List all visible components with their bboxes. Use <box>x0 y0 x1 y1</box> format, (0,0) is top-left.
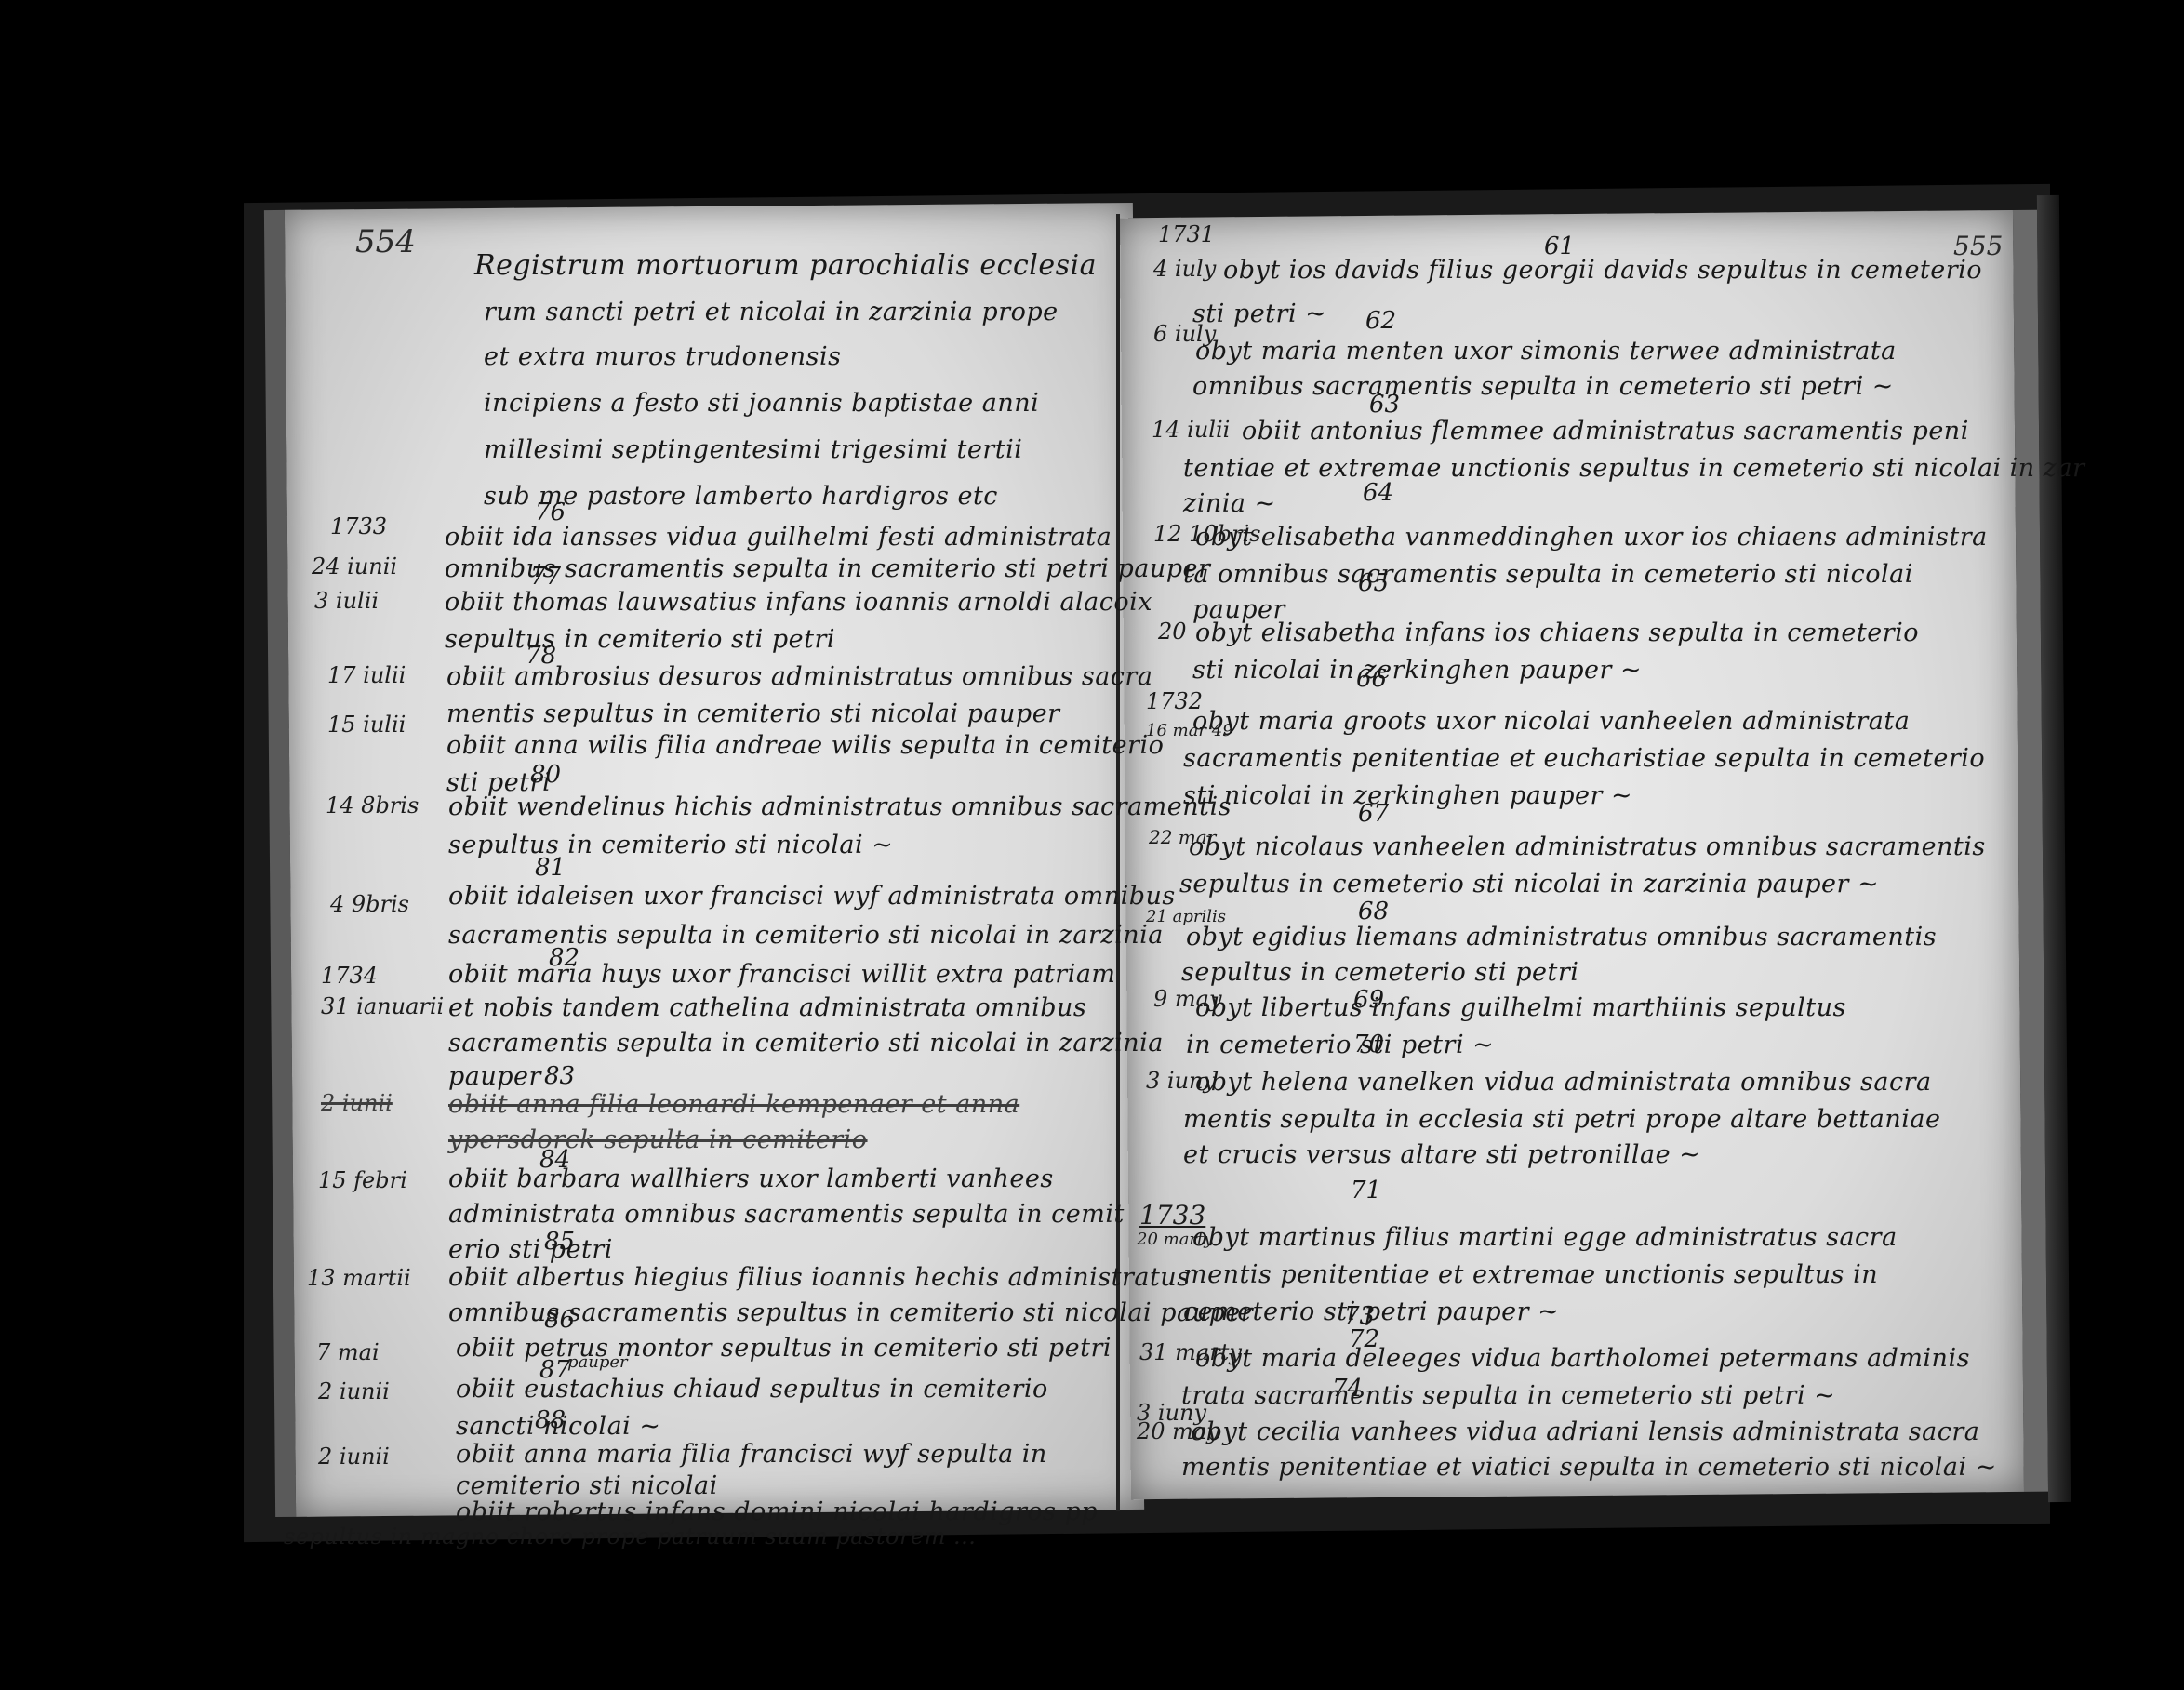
entry-date: 24 iunii <box>312 553 397 579</box>
entry-line: cemiterio sti nicolai <box>456 1471 718 1500</box>
entry-line: obyt cecilia vanhees vidua adriani lensi… <box>1191 1417 1979 1446</box>
entry-number: 64 <box>1363 479 1393 507</box>
entry-number: 68 <box>1358 898 1389 925</box>
entry-line: obyt helena vanelken vidua administrata … <box>1195 1068 1932 1097</box>
entry-date: 15 febri <box>318 1167 407 1193</box>
entry-line: et crucis versus altare sti petronillae … <box>1183 1140 1700 1169</box>
entry-line: et nobis tandem cathelina administrata o… <box>448 993 1086 1022</box>
entry-date: 17 iulii <box>327 662 406 688</box>
entry-line: sepultus in cemiterio sti petri <box>445 625 835 654</box>
entry-year: 1733 <box>330 513 387 539</box>
entry-date: 7 mai <box>316 1339 380 1365</box>
entry-date: 3 iuny <box>1137 1400 1206 1426</box>
entry-line: obiit ambrosius desuros administratus om… <box>446 662 1152 691</box>
entry-number: 80 <box>530 761 561 789</box>
entry-number: 70 <box>1353 1031 1384 1058</box>
entry-line: ta omnibus sacramentis sepulta in cemete… <box>1183 560 1913 589</box>
entry-date: 14 iulii <box>1152 417 1230 443</box>
entry-line-struck: ypersdorck sepulta in cemiterio <box>448 1125 868 1154</box>
entry-note: pauper <box>567 1352 628 1372</box>
entry-line: administrata omnibus sacramentis sepulta… <box>448 1200 1125 1229</box>
entry-line: obiit anna maria filia francisci wyf sep… <box>456 1440 1047 1469</box>
entry-date: 4 iuly <box>1153 256 1216 282</box>
entry-line: obiit maria huys uxor francisci willit e… <box>448 960 1116 989</box>
entry-line: obyt maria groots uxor nicolai vanheelen… <box>1192 707 1910 736</box>
entry-number: 74 <box>1332 1375 1363 1403</box>
entry-date: 31 ianuarii <box>321 993 444 1019</box>
entry-line: omnibus sacramentis sepulta in cemeterio… <box>1192 372 1894 401</box>
entry-line: sepultus in cemiterio sti nicolai ~ <box>448 831 893 859</box>
entry-number: 65 <box>1358 569 1389 597</box>
entry-line: obiit antonius flemmee administratus sac… <box>1242 417 1969 446</box>
entry-line: obyt martinus filius martini egge admini… <box>1192 1223 1898 1252</box>
entry-line: obiit ida iansses vidua guilhelmi festi … <box>445 523 1112 552</box>
entry-date: 3 iulii <box>314 588 379 614</box>
entry-line: obyt elisabetha vanmeddinghen uxor ios c… <box>1195 523 1988 552</box>
entry-line: obiit barbara wallhiers uxor lamberti va… <box>448 1164 1054 1193</box>
entry-line: obyt libertus infans guilhelmi marthiini… <box>1195 993 1846 1022</box>
entry-line: sepultus in cemeterio sti nicolai in zar… <box>1179 870 1879 898</box>
entry-line: obyt ios davids filius georgii davids se… <box>1223 256 1982 285</box>
entry-year: 1731 <box>1158 221 1215 247</box>
entry-line: erio sti petri <box>448 1235 613 1264</box>
heading-line: incipiens a festo sti joannis baptistae … <box>484 389 1039 418</box>
entry-number: 85 <box>544 1228 575 1256</box>
entry-line: sacramentis sepulta in cemiterio sti nic… <box>448 1029 1164 1058</box>
heading-line: Registrum mortuorum parochialis ecclesia <box>474 249 1097 282</box>
entry-line: obiit thomas lauwsatius infans ioannis a… <box>445 588 1152 617</box>
entry-line: obiit eustachius chiaud sepultus in cemi… <box>456 1375 1048 1404</box>
entry-number: 83 <box>544 1062 575 1090</box>
entry-number: 62 <box>1365 307 1396 335</box>
entry-line: obiit anna wilis filia andreae wilis sep… <box>446 731 1164 760</box>
heading-line: et extra muros trudonensis <box>484 342 841 371</box>
entry-line: sacramentis penitentiae et eucharistiae … <box>1183 744 1985 773</box>
entry-line: obiit robertus infans domini nicolai har… <box>456 1497 1098 1526</box>
entry-line: mentis penitentiae et extremae unctionis… <box>1183 1260 1878 1289</box>
entry-date: 2 iunii <box>318 1378 390 1404</box>
entry-number: 73 <box>1344 1302 1375 1330</box>
entry-line: obyt maria deleeges vidua bartholomei pe… <box>1195 1344 1970 1373</box>
heading-line: rum sancti petri et nicolai in zarzinia … <box>484 298 1059 326</box>
entry-number: 77 <box>530 563 561 591</box>
entry-line: trata sacramentis sepulta in cemeterio s… <box>1181 1381 1835 1410</box>
entry-line: tentiae et extremae unctionis sepultus i… <box>1183 454 2085 483</box>
entry-line: mentis sepulta in ecclesia sti petri pro… <box>1183 1105 1940 1134</box>
entry-line: pauper <box>448 1062 541 1091</box>
entry-line: obiit albertus hiegius filius ioannis he… <box>448 1263 1191 1292</box>
entry-number: 63 <box>1369 391 1400 419</box>
heading-line: millesimi septingentesimi trigesimi tert… <box>484 435 1022 464</box>
entry-number: 81 <box>535 854 566 882</box>
entry-date: 14 8bris <box>326 792 419 818</box>
entry-date: 4 9bris <box>330 891 409 917</box>
entry-date: 2 iunii <box>321 1090 393 1116</box>
entry-number: 66 <box>1356 665 1387 693</box>
entry-date: 2 iunii <box>318 1444 390 1470</box>
entry-line: sti nicolai in zerkinghen pauper ~ <box>1192 656 1642 685</box>
entry-line: sepultus in magno choro prope patruum su… <box>284 1524 976 1550</box>
entry-number: 67 <box>1358 800 1389 828</box>
entry-year: 1734 <box>321 963 378 989</box>
entry-line: obyt maria menten uxor simonis terwee ad… <box>1195 337 1897 366</box>
folio-number-left: 554 <box>355 223 416 260</box>
entry-line: obiit idaleisen uxor francisci wyf admin… <box>448 882 1176 911</box>
entry-line-struck: obiit anna filia leonardi kempenaer et a… <box>448 1090 1019 1119</box>
entry-date: 15 iulii <box>327 712 406 738</box>
entry-line: obiit wendelinus hichis administratus om… <box>448 792 1232 821</box>
entry-line: zinia ~ <box>1183 489 1276 518</box>
entry-line: sti nicolai in zerkinghen pauper ~ <box>1183 781 1632 810</box>
entry-line: sepultus in cemeterio sti petri <box>1181 958 1578 987</box>
entry-number: 86 <box>544 1306 575 1334</box>
entry-line: mentis sepultus in cemiterio sti nicolai… <box>446 699 1060 728</box>
entry-line: in cemeterio sti petri ~ <box>1186 1031 1494 1059</box>
entry-date: 13 martii <box>307 1265 411 1291</box>
entry-number: 71 <box>1351 1177 1381 1204</box>
entry-line: mentis penitentiae et viatici sepulta in… <box>1181 1453 1997 1482</box>
entry-line: obyt egidius liemans administratus omnib… <box>1186 923 1937 951</box>
entry-line: obyt nicolaus vanheelen administratus om… <box>1189 832 1986 861</box>
entry-line: obyt elisabetha infans ios chiaens sepul… <box>1195 619 1919 647</box>
entry-date: 20 <box>1158 619 1187 645</box>
entry-number: 88 <box>535 1406 566 1434</box>
